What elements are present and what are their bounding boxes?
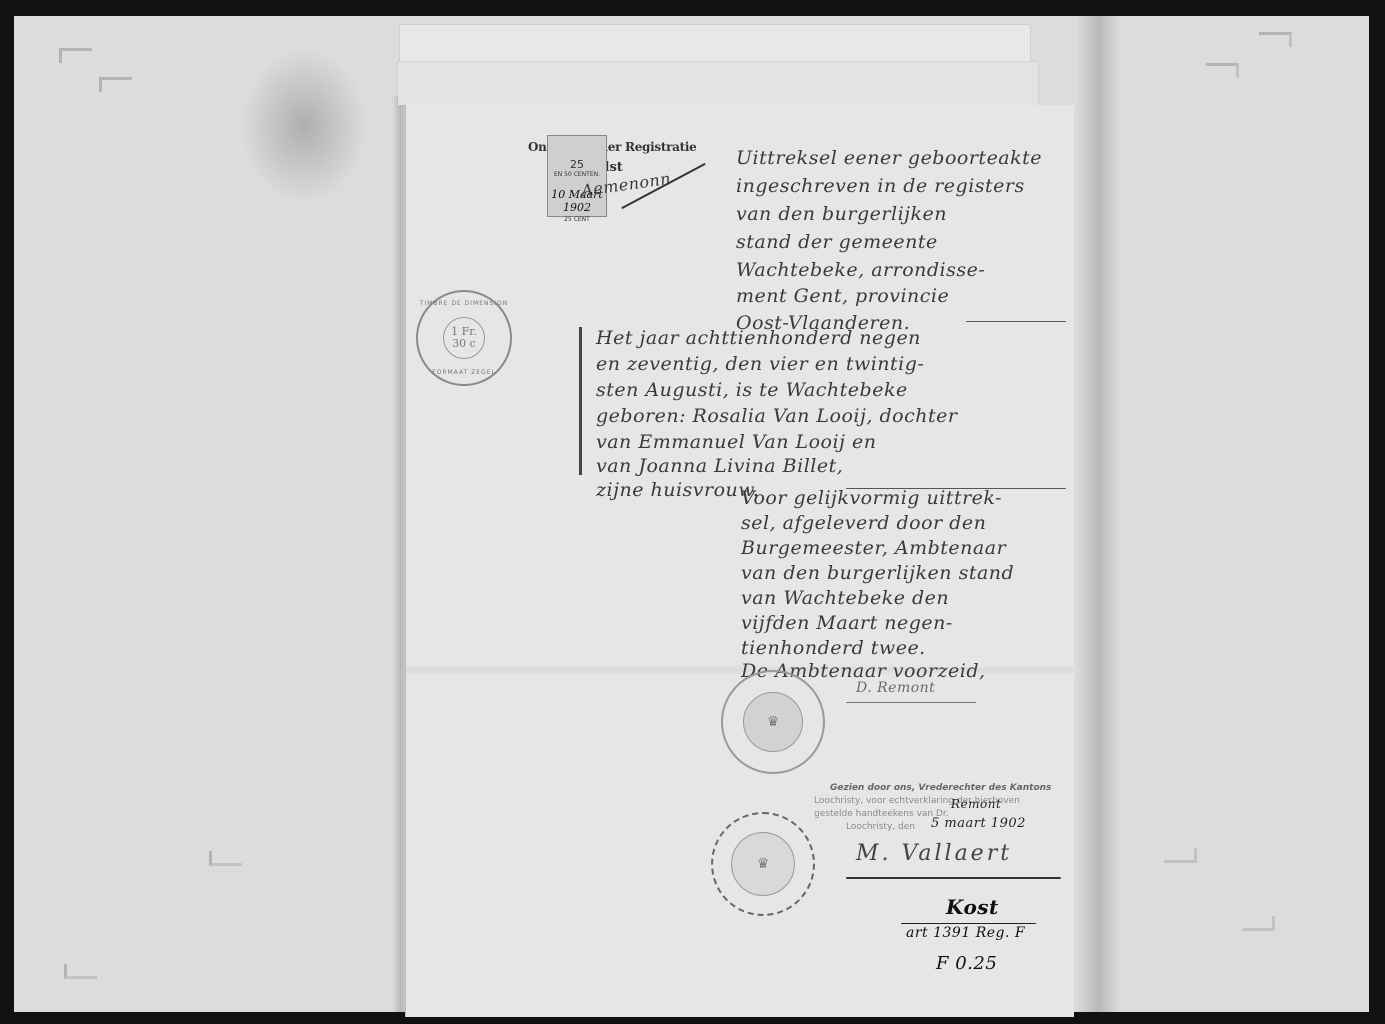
seal-bottom-text: FORMAAT ZEGEL [432, 369, 496, 376]
legalization-line: gestelde handteekens van Dr. [814, 809, 949, 819]
official-signature: D. Remont [856, 680, 935, 696]
back-sheet [398, 62, 1038, 105]
body-line: en zeventig, den vier en twintig- [596, 353, 924, 375]
certification-line: van den burgerlijken stand [741, 562, 1014, 584]
certification-line: tienhonderd twee. [741, 637, 926, 659]
coat-of-arms-icon: ♛ [743, 692, 803, 752]
filler-line [966, 321, 1066, 322]
legalization-handwritten-name: Remont [951, 797, 1001, 811]
registration-mark [1206, 63, 1239, 78]
registration-mark [1242, 916, 1275, 931]
signature-flourish [846, 702, 976, 703]
stamp-denomination: EN 50 CENTEN. [548, 171, 606, 178]
registration-mark [1259, 32, 1292, 47]
body-line: sten Augusti, is te Wachtebeke [596, 379, 908, 401]
legalization-date: 5 maart 1902 [931, 816, 1026, 831]
registration-mark [64, 964, 97, 979]
legalization-line: Loochristy, den [846, 822, 915, 832]
header-line: stand der gemeente [736, 231, 938, 253]
certification-line: Burgemeester, Ambtenaar [741, 537, 1006, 559]
fee-divider [901, 923, 1036, 924]
fee-article: art 1391 Reg. F [906, 925, 1025, 941]
header-line: van den burgerlijken [736, 203, 947, 225]
judge-signature: M. Vallaert [856, 841, 1012, 866]
body-line: van Joanna Livina Billet, [596, 455, 843, 477]
judge-signature-flourish [846, 877, 1061, 879]
registration-mark [209, 851, 242, 866]
seal-top-text: TIMBRE DE DIMENSION [420, 300, 509, 307]
header-line: Wachtebeke, arrondisse- [736, 259, 985, 281]
back-sheet [400, 25, 1030, 65]
body-line: zijne huisvrouw. [596, 479, 759, 501]
registration-mark [99, 77, 132, 92]
header-line: ment Gent, provincie [736, 285, 949, 307]
certification-line: Voor gelijkvormig uittrek- [741, 487, 1002, 509]
body-line: Het jaar achttienhonderd negen [596, 327, 921, 349]
dimension-tax-seal: TIMBRE DE DIMENSION 1 Fr. 30 c FORMAAT Z… [416, 290, 512, 386]
canton-seal: ♛ [711, 812, 815, 916]
coat-of-arms-icon: ♛ [731, 832, 795, 896]
header-line: ingeschreven in de registers [736, 175, 1025, 197]
fee-title: Kost [946, 895, 999, 919]
fold-shadow [1076, 16, 1121, 1012]
margin-bracket [579, 327, 582, 475]
body-line: van Emmanuel Van Looij en [596, 431, 876, 453]
header-line: Uittreksel eener geboorteakte [736, 147, 1042, 169]
registration-mark [1164, 848, 1197, 863]
stamp-value: 25 [548, 158, 606, 171]
fee-amount: F 0.25 [936, 953, 997, 974]
seal-value-cents: 30 c [452, 338, 476, 350]
body-line: geboren: Rosalia Van Looij, dochter [596, 405, 957, 427]
document-page: Ontvanger der Registratie te Hulst 25 EN… [405, 105, 1074, 1017]
municipal-seal: ♛ [721, 670, 825, 774]
stamp-cents: 25 CENT [548, 216, 606, 223]
legalization-line: Gezien door ons, Vrederechter des Kanton… [830, 783, 1051, 793]
certification-line: sel, afgeleverd door den [741, 512, 986, 534]
registration-mark [59, 48, 92, 63]
certification-line: vijfden Maart negen- [741, 612, 953, 634]
revenue-stamp: 25 EN 50 CENTEN. 10 Maart 1902 25 CENT [547, 135, 607, 217]
certification-line: van Wachtebeke den [741, 587, 949, 609]
